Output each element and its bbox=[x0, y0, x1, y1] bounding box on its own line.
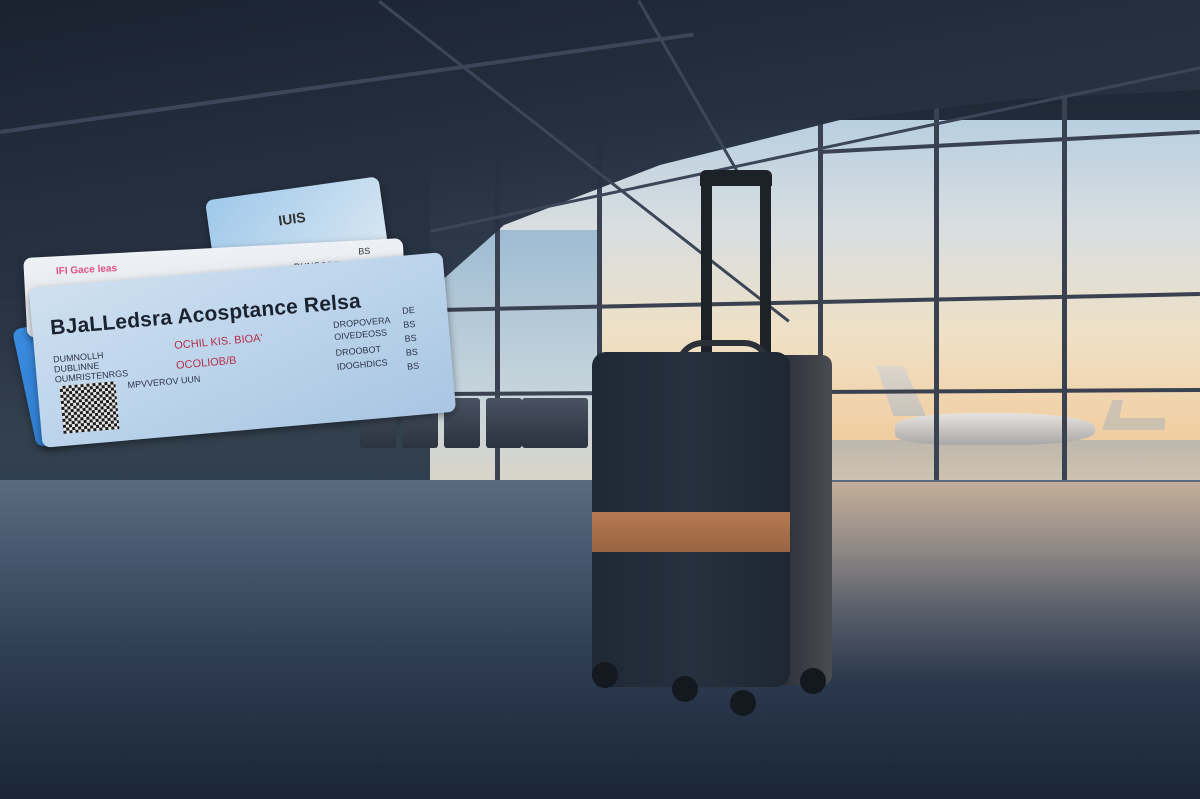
window-frame bbox=[1062, 70, 1067, 480]
ticket-title: BJaLLedsra Acosptance Relsa bbox=[49, 290, 361, 341]
suitcase-wheel bbox=[672, 676, 698, 702]
tarmac bbox=[830, 440, 1200, 482]
floor-reflection bbox=[820, 482, 1200, 682]
suitcase-wheel bbox=[730, 690, 756, 716]
qr-code bbox=[59, 381, 119, 434]
suitcase-wheel bbox=[592, 662, 618, 688]
suitcase-strap bbox=[592, 512, 790, 552]
window-frame bbox=[934, 90, 939, 480]
suitcase-wheel bbox=[800, 668, 826, 694]
airport-scene: IUIS IFI Gace leas DUNOOBE PERODEDS BS B… bbox=[0, 0, 1200, 799]
ticket-header: IFI Gace leas bbox=[56, 263, 118, 277]
